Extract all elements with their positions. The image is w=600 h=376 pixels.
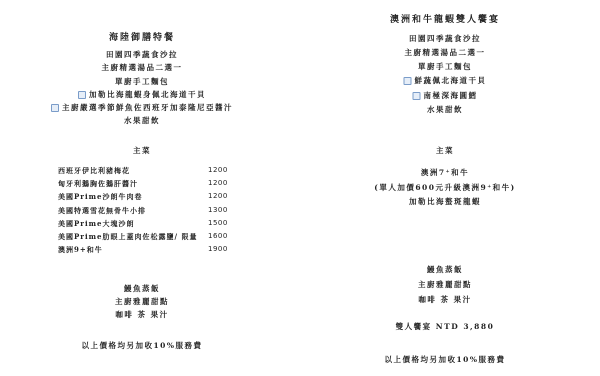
- left-menu-title: 海陸御膳特餐: [109, 30, 175, 43]
- main-item-name: 美國Prime肋眼上蓋肉佐松露鹽/ 限量: [58, 232, 197, 241]
- right-finish-1: 鰻魚蒸飯: [427, 264, 463, 275]
- right-price-line: 雙人饗宴 NTD 3,880: [396, 321, 495, 332]
- right-finish-2: 主廚雅麗甜點: [418, 279, 472, 290]
- main-item-price: 1200: [208, 166, 228, 174]
- main-item: 澳洲9+和牛1900: [58, 245, 238, 255]
- right-mains-heading: 主菜: [436, 145, 454, 156]
- left-finish-2: 主廚雅麗甜點: [115, 296, 169, 307]
- main-item-name: 匈牙利鵝胸佐鵝肝醬汁: [58, 179, 138, 188]
- main-item: 美國Prime沙朗牛肉卷1200: [58, 192, 238, 202]
- main-item-price: 1200: [208, 192, 228, 200]
- right-service-note: 以上價格均另加收10%服務費: [384, 354, 505, 365]
- main-item-price: 1200: [208, 179, 228, 187]
- main-item: 美國特選雪花無骨牛小排1300: [58, 206, 238, 216]
- left-starter-6: 水果甜飲: [124, 115, 160, 126]
- main-item-name: 美國特選雪花無骨牛小排: [58, 206, 146, 215]
- left-finish-1: 鰻魚蒸飯: [124, 283, 160, 294]
- right-main-2: 加勒比海螯斑龍蝦: [409, 196, 481, 207]
- main-item-name: 西班牙伊比利豬梅花: [58, 166, 130, 175]
- left-starter-5: 主廚嚴選季節鮮魚佐西班牙加泰隆尼亞醬汁: [51, 102, 233, 113]
- left-starter-3: 單廚手工麵包: [115, 76, 169, 87]
- right-starter-4-text: 鮮蔬佩北海道干貝: [415, 76, 487, 85]
- main-item-price: 1600: [208, 232, 228, 240]
- left-starter-1: 田園四季蔬食沙拉: [106, 49, 178, 60]
- right-finish-3: 咖啡 茶 果汁: [418, 294, 471, 305]
- left-starter-5-text: 主廚嚴選季節鮮魚佐西班牙加泰隆尼亞醬汁: [62, 103, 233, 112]
- main-item-name: 澳洲9+和牛: [58, 245, 103, 254]
- main-item: 美國Prime大塊沙朗1500: [58, 219, 238, 229]
- left-starter-2: 主廚精選湯品二選一: [102, 62, 183, 73]
- right-starter-4: 鮮蔬佩北海道干貝: [404, 75, 487, 86]
- right-starter-6: 水果甜飲: [427, 104, 463, 115]
- right-main-upgrade: (單人加價600元升級澳洲9⁺和牛): [374, 182, 515, 193]
- right-starter-5: 南極深海圓鱈: [413, 90, 478, 101]
- left-starter-4: 加勒比海龍蝦身佩北海道干貝: [78, 89, 206, 100]
- thumbs-up-icon: [78, 91, 86, 99]
- right-starter-5-text: 南極深海圓鱈: [424, 91, 478, 100]
- main-item-price: 1300: [208, 206, 228, 214]
- right-starter-1: 田園四季蔬食沙拉: [409, 33, 481, 44]
- main-item: 匈牙利鵝胸佐鵝肝醬汁1200: [58, 179, 238, 189]
- left-mains-heading: 主菜: [133, 145, 151, 156]
- main-item: 美國Prime肋眼上蓋肉佐松露鹽/ 限量1600: [58, 232, 238, 242]
- main-item-price: 1900: [208, 245, 228, 253]
- right-starter-2: 主廚精選湯品二選一: [405, 47, 486, 58]
- thumbs-up-icon: [51, 104, 59, 112]
- main-item-price: 1500: [208, 219, 228, 227]
- left-service-note: 以上價格均另加收10%服務費: [81, 340, 202, 351]
- right-menu-title: 澳洲和牛龍蝦雙人饗宴: [390, 12, 500, 25]
- left-finish-3: 咖啡 茶 果汁: [115, 309, 168, 320]
- main-item: 西班牙伊比利豬梅花1200: [58, 166, 238, 176]
- thumbs-up-icon: [413, 92, 421, 100]
- right-starter-3: 單廚手工麵包: [418, 61, 472, 72]
- right-main-1: 澳洲7⁺和牛: [421, 167, 469, 178]
- main-item-name: 美國Prime沙朗牛肉卷: [58, 192, 142, 201]
- left-starter-4-text: 加勒比海龍蝦身佩北海道干貝: [89, 90, 206, 99]
- main-item-name: 美國Prime大塊沙朗: [58, 219, 134, 228]
- thumbs-up-icon: [404, 77, 412, 85]
